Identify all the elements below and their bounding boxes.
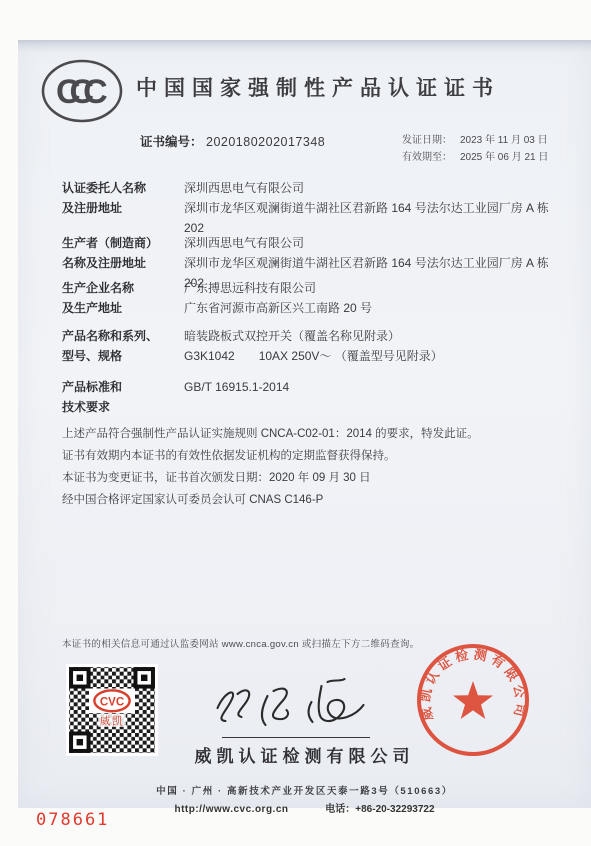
- field-value: G3K1042 10AX 250V～ （覆盖型号见附录）: [184, 346, 572, 366]
- issuer-phone: +86-20-32293722: [355, 804, 434, 815]
- field-value: 深圳西思电气有限公司: [184, 233, 572, 253]
- issue-date-value: 2023 年 11 月 03 日: [460, 132, 548, 149]
- field-label: 生产企业名称: [62, 278, 184, 298]
- field-label: 名称及注册地址: [62, 253, 184, 273]
- statements-block: 上述产品符合强制性产品认证实施规则 CNCA-C02-01：2014 的要求，特…: [62, 423, 562, 511]
- field-label: 认证委托人名称: [62, 178, 184, 198]
- field-row-factory: 生产企业名称 及生产地址 广东搏思远科技有限公司 广东省河源市高新区兴工南路 2…: [62, 278, 572, 318]
- issue-date-row: 发证日期： 2023 年 11 月 03 日: [402, 132, 548, 149]
- signature-line: [222, 737, 370, 738]
- field-row-product: 产品名称和系列、 型号、规格 暗装跷板式双控开关（覆盖名称见附录） G3K104…: [62, 326, 572, 366]
- field-value: 广东搏思远科技有限公司: [184, 278, 572, 298]
- field-label: 产品标准和: [62, 377, 184, 397]
- statement-line: 证书有效期内本证书的有效性依据发证机构的定期监督获得保持。: [62, 445, 562, 467]
- statement-line: 本证书为变更证书，证书首次颁发日期：2020 年 09 月 30 日: [62, 467, 562, 489]
- issuer-phone-label: 电话：: [325, 804, 355, 815]
- svg-text:CCC: CCC: [56, 73, 107, 111]
- seal-star-icon: [453, 681, 493, 719]
- issuer-address: 中国 · 广州 · 高新技术产业开发区天泰一路3号（510663）: [18, 783, 591, 797]
- certificate-page: CCC 中国国家强制性产品认证证书 证书编号： 2020180202017348…: [18, 40, 591, 808]
- cvc-logo-subtext: 威凯: [100, 715, 125, 728]
- dates-block: 发证日期： 2023 年 11 月 03 日 有效期至： 2025 年 06 月…: [402, 132, 548, 166]
- valid-until-label: 有效期至：: [402, 149, 460, 166]
- statement-line: 上述产品符合强制性产品认证实施规则 CNCA-C02-01：2014 的要求，特…: [62, 423, 562, 445]
- issuer-website: http://www.cvc.org.cn: [174, 804, 288, 815]
- valid-until-value: 2025 年 06 月 21 日: [460, 149, 548, 166]
- field-value: 暗装跷板式双控开关（覆盖名称见附录）: [184, 326, 572, 346]
- serial-number: 078661: [36, 810, 109, 830]
- query-note: 本证书的相关信息可通过认监委网站 www.cnca.gov.cn 或扫描左下方二…: [62, 636, 419, 650]
- signature: [205, 678, 380, 740]
- certificate-title: 中国国家强制性产品认证证书: [108, 72, 528, 102]
- field-value: 深圳市龙华区观澜街道牛湖社区君新路 164 号法尔达工业园厂房 A 栋 202: [184, 198, 572, 238]
- issue-date-label: 发证日期：: [402, 132, 460, 149]
- field-label: 及生产地址: [62, 298, 184, 318]
- cvc-logo-text: CVC: [100, 696, 124, 708]
- cert-number-label: 证书编号：: [140, 135, 203, 149]
- field-value: 深圳西思电气有限公司: [184, 178, 572, 198]
- field-value: 广东省河源市高新区兴工南路 20 号: [184, 298, 572, 318]
- field-row-standard: 产品标准和 技术要求 GB/T 16915.1-2014: [62, 377, 572, 417]
- cert-number-value: 2020180202017348: [206, 135, 325, 149]
- field-label: 及注册地址: [62, 198, 184, 218]
- field-label: 生产者（制造商）: [62, 233, 184, 253]
- statement-line: 经中国合格评定国家认可委员会认可 CNAS C146-P: [62, 489, 562, 511]
- field-label: 技术要求: [62, 397, 184, 417]
- field-label: 产品名称和系列、: [62, 326, 184, 346]
- field-label: 型号、规格: [62, 346, 184, 366]
- company-seal: 威凯认证检测有限公司: [411, 638, 535, 762]
- field-value: GB/T 16915.1-2014: [184, 377, 572, 397]
- cert-number-row: 证书编号： 2020180202017348: [140, 132, 325, 150]
- field-row-applicant: 认证委托人名称 及注册地址 深圳西思电气有限公司 深圳市龙华区观澜街道牛湖社区君…: [62, 178, 572, 238]
- valid-until-row: 有效期至： 2025 年 06 月 21 日: [402, 149, 548, 166]
